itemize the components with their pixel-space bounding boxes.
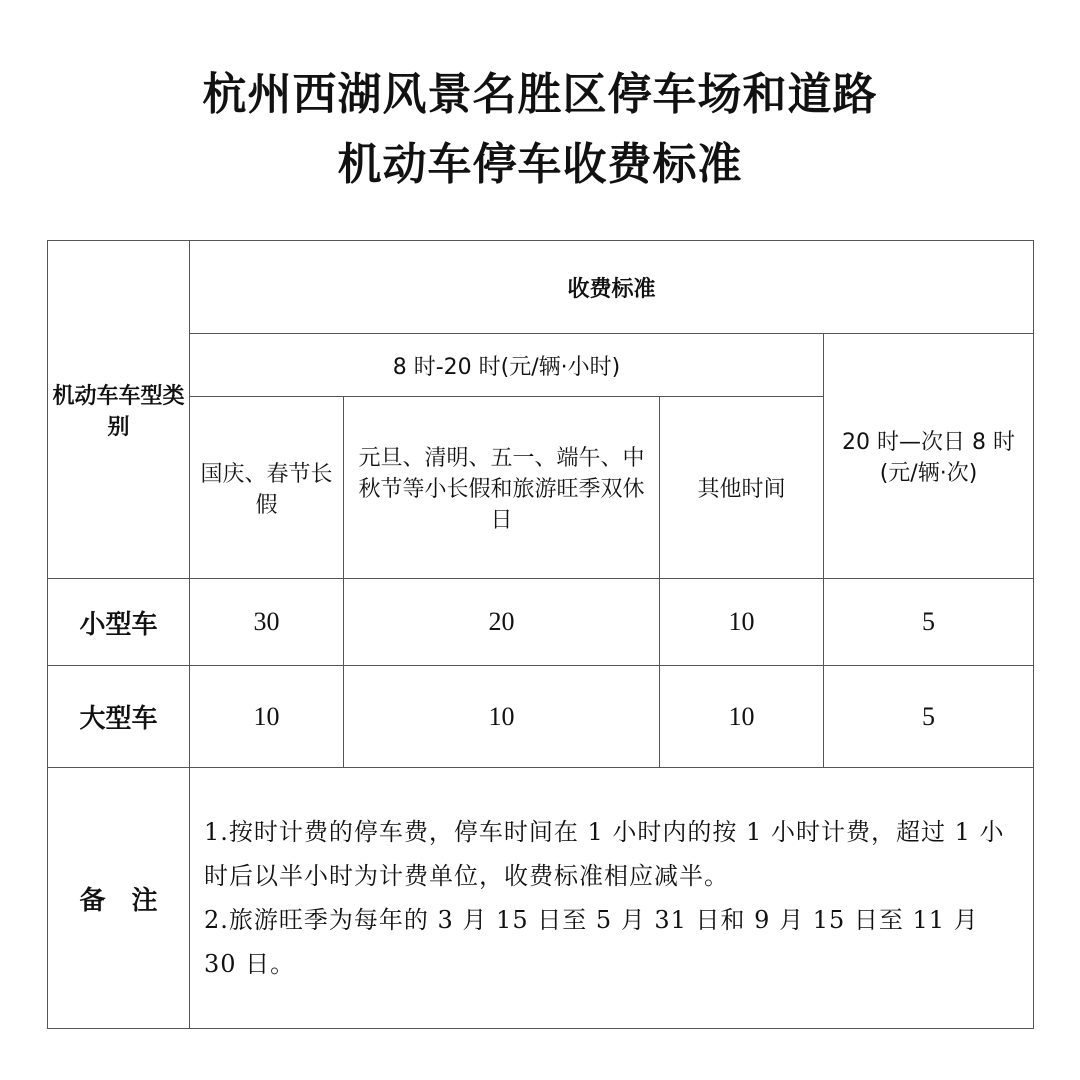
notes-label: 备 注: [48, 768, 190, 1029]
fee-header: 收费标准: [190, 241, 1034, 334]
table-row: 大型车 10 10 10 5: [48, 666, 1034, 768]
subheader-short-holiday: 元旦、清明、五一、端午、中秋节等小长假和旅游旺季双休日: [344, 397, 660, 579]
subheader-national-holiday: 国庆、春节长假: [190, 397, 344, 579]
fee-cell: 30: [190, 579, 344, 666]
fee-cell: 5: [824, 666, 1034, 768]
fee-cell: 5: [824, 579, 1034, 666]
day-header: 8 时-20 时(元/辆·小时): [190, 334, 824, 397]
document-title-line1: 杭州西湖风景名胜区停车场和道路: [0, 58, 1080, 122]
subheader-other-time: 其他时间: [660, 397, 824, 579]
category-header: 机动车车型类别: [48, 241, 190, 579]
note-1: 1.按时计费的停车费，停车时间在 1 小时内的按 1 小时计费，超过 1 小时后…: [204, 810, 1019, 898]
table-row: 小型车 30 20 10 5: [48, 579, 1034, 666]
fee-cell: 20: [344, 579, 660, 666]
fee-cell: 10: [660, 579, 824, 666]
fee-cell: 10: [660, 666, 824, 768]
document-title-line2: 机动车停车收费标准: [0, 128, 1080, 192]
fee-table: 机动车车型类别 收费标准 8 时-20 时(元/辆·小时) 20 时—次日 8 …: [47, 240, 1034, 1029]
notes-cell: 1.按时计费的停车费，停车时间在 1 小时内的按 1 小时计费，超过 1 小时后…: [190, 768, 1034, 1029]
fee-cell: 10: [344, 666, 660, 768]
row-category: 大型车: [48, 666, 190, 768]
fee-cell: 10: [190, 666, 344, 768]
night-header: 20 时—次日 8 时(元/辆·次): [824, 334, 1034, 579]
row-category: 小型车: [48, 579, 190, 666]
note-2: 2.旅游旺季为每年的 3 月 15 日至 5 月 31 日和 9 月 15 日至…: [204, 898, 1019, 986]
